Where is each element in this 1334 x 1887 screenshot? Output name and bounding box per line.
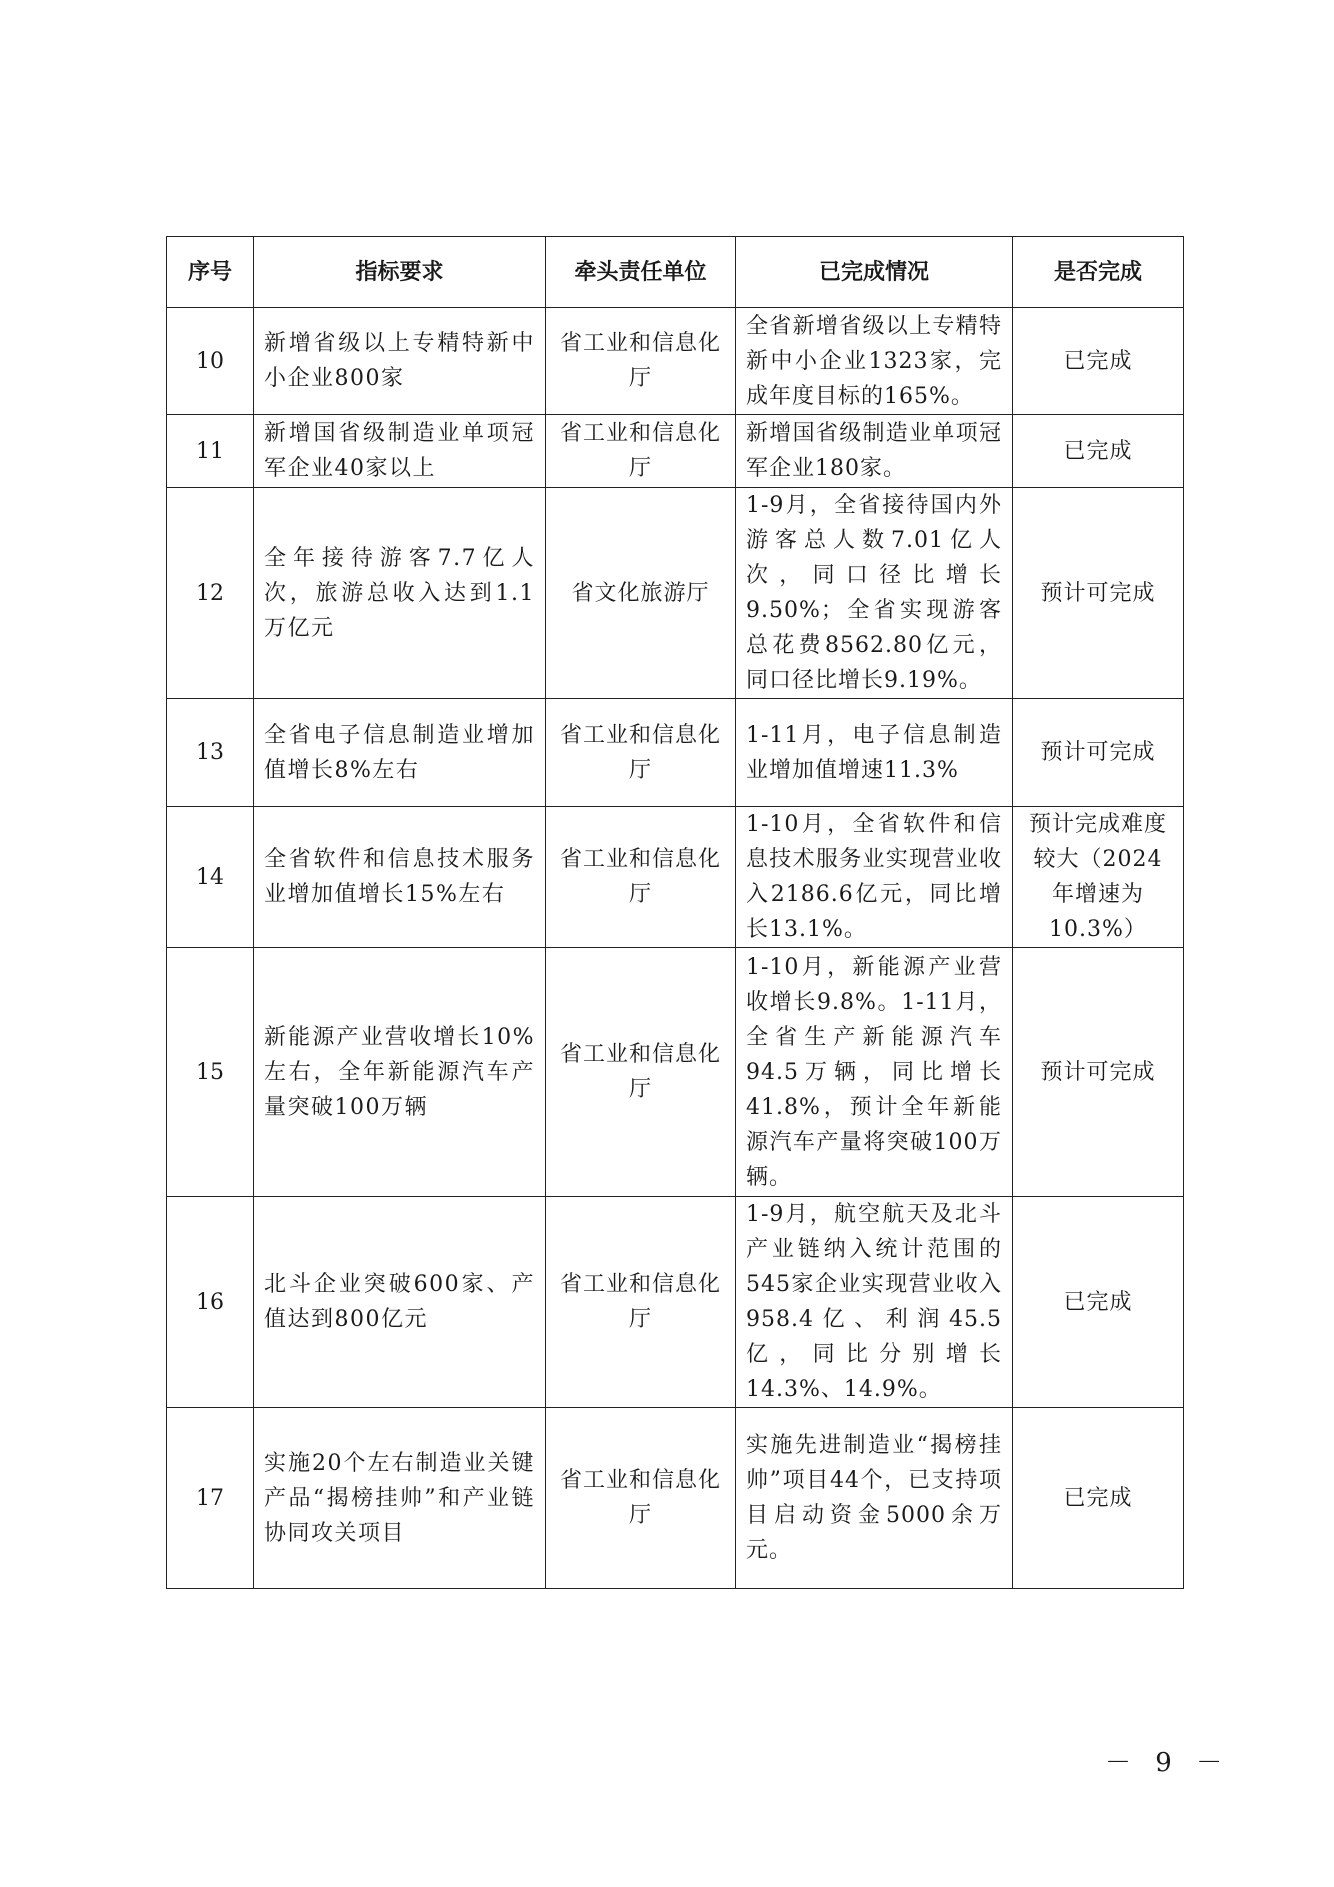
row-requirement: 实施20个左右制造业关键产品“揭榜挂帅”和产业链协同攻关项目 (254, 1408, 546, 1589)
row-requirement: 新增省级以上专精特新中小企业800家 (254, 308, 546, 415)
row-progress: 实施先进制造业“揭榜挂帅”项目44个，已支持项目启动资金5000余万元。 (736, 1408, 1013, 1589)
row-completed: 已完成 (1013, 1197, 1184, 1408)
table-row: 10 新增省级以上专精特新中小企业800家 省工业和信息化厅 全省新增省级以上专… (167, 308, 1184, 415)
row-unit: 省工业和信息化厅 (546, 807, 736, 948)
row-unit: 省工业和信息化厅 (546, 1408, 736, 1589)
table-row: 13 全省电子信息制造业增加值增长8%左右 省工业和信息化厅 1-11月，电子信… (167, 699, 1184, 807)
row-completed: 已完成 (1013, 308, 1184, 415)
header-completed: 是否完成 (1013, 237, 1184, 308)
row-number: 13 (167, 699, 254, 807)
row-unit: 省工业和信息化厅 (546, 308, 736, 415)
row-number: 11 (167, 415, 254, 488)
page-number: － 9 － (1105, 1742, 1230, 1779)
row-progress: 1-9月，航空航天及北斗产业链纳入统计范围的545家企业实现营业收入958.4亿… (736, 1197, 1013, 1408)
row-unit: 省文化旅游厅 (546, 488, 736, 699)
indicator-table: 序号 指标要求 牵头责任单位 已完成情况 是否完成 10 新增省级以上专精特新中… (166, 236, 1184, 1589)
row-number: 14 (167, 807, 254, 948)
row-unit: 省工业和信息化厅 (546, 948, 736, 1197)
row-progress: 全省新增省级以上专精特新中小企业1323家，完成年度目标的165%。 (736, 308, 1013, 415)
table-row: 14 全省软件和信息技术服务业增加值增长15%左右 省工业和信息化厅 1-10月… (167, 807, 1184, 948)
row-number: 17 (167, 1408, 254, 1589)
header-progress: 已完成情况 (736, 237, 1013, 308)
row-number: 12 (167, 488, 254, 699)
header-requirement: 指标要求 (254, 237, 546, 308)
row-completed: 预计可完成 (1013, 948, 1184, 1197)
row-progress: 1-9月，全省接待国内外游客总人数7.01亿人次，同口径比增长9.50%；全省实… (736, 488, 1013, 699)
row-progress: 1-10月，新能源产业营收增长9.8%。1-11月，全省生产新能源汽车94.5万… (736, 948, 1013, 1197)
row-requirement: 全省软件和信息技术服务业增加值增长15%左右 (254, 807, 546, 948)
header-unit: 牵头责任单位 (546, 237, 736, 308)
row-completed: 预计完成难度较大（2024年增速为10.3%） (1013, 807, 1184, 948)
table-row: 12 全年接待游客7.7亿人次，旅游总收入达到1.1万亿元 省文化旅游厅 1-9… (167, 488, 1184, 699)
row-requirement: 新能源产业营收增长10%左右，全年新能源汽车产量突破100万辆 (254, 948, 546, 1197)
row-number: 10 (167, 308, 254, 415)
header-no: 序号 (167, 237, 254, 308)
row-requirement: 全年接待游客7.7亿人次，旅游总收入达到1.1万亿元 (254, 488, 546, 699)
row-completed: 预计可完成 (1013, 488, 1184, 699)
row-completed: 已完成 (1013, 415, 1184, 488)
table-row: 15 新能源产业营收增长10%左右，全年新能源汽车产量突破100万辆 省工业和信… (167, 948, 1184, 1197)
row-progress: 1-11月，电子信息制造业增加值增速11.3% (736, 699, 1013, 807)
row-number: 16 (167, 1197, 254, 1408)
row-requirement: 新增国省级制造业单项冠军企业40家以上 (254, 415, 546, 488)
row-progress: 1-10月，全省软件和信息技术服务业实现营业收入2186.6亿元，同比增长13.… (736, 807, 1013, 948)
row-completed: 已完成 (1013, 1408, 1184, 1589)
row-requirement: 全省电子信息制造业增加值增长8%左右 (254, 699, 546, 807)
table-row: 17 实施20个左右制造业关键产品“揭榜挂帅”和产业链协同攻关项目 省工业和信息… (167, 1408, 1184, 1589)
row-number: 15 (167, 948, 254, 1197)
table-row: 11 新增国省级制造业单项冠军企业40家以上 省工业和信息化厅 新增国省级制造业… (167, 415, 1184, 488)
row-completed: 预计可完成 (1013, 699, 1184, 807)
row-unit: 省工业和信息化厅 (546, 699, 736, 807)
row-unit: 省工业和信息化厅 (546, 415, 736, 488)
table-header-row: 序号 指标要求 牵头责任单位 已完成情况 是否完成 (167, 237, 1184, 308)
row-requirement: 北斗企业突破600家、产值达到800亿元 (254, 1197, 546, 1408)
row-unit: 省工业和信息化厅 (546, 1197, 736, 1408)
row-progress: 新增国省级制造业单项冠军企业180家。 (736, 415, 1013, 488)
table-row: 16 北斗企业突破600家、产值达到800亿元 省工业和信息化厅 1-9月，航空… (167, 1197, 1184, 1408)
